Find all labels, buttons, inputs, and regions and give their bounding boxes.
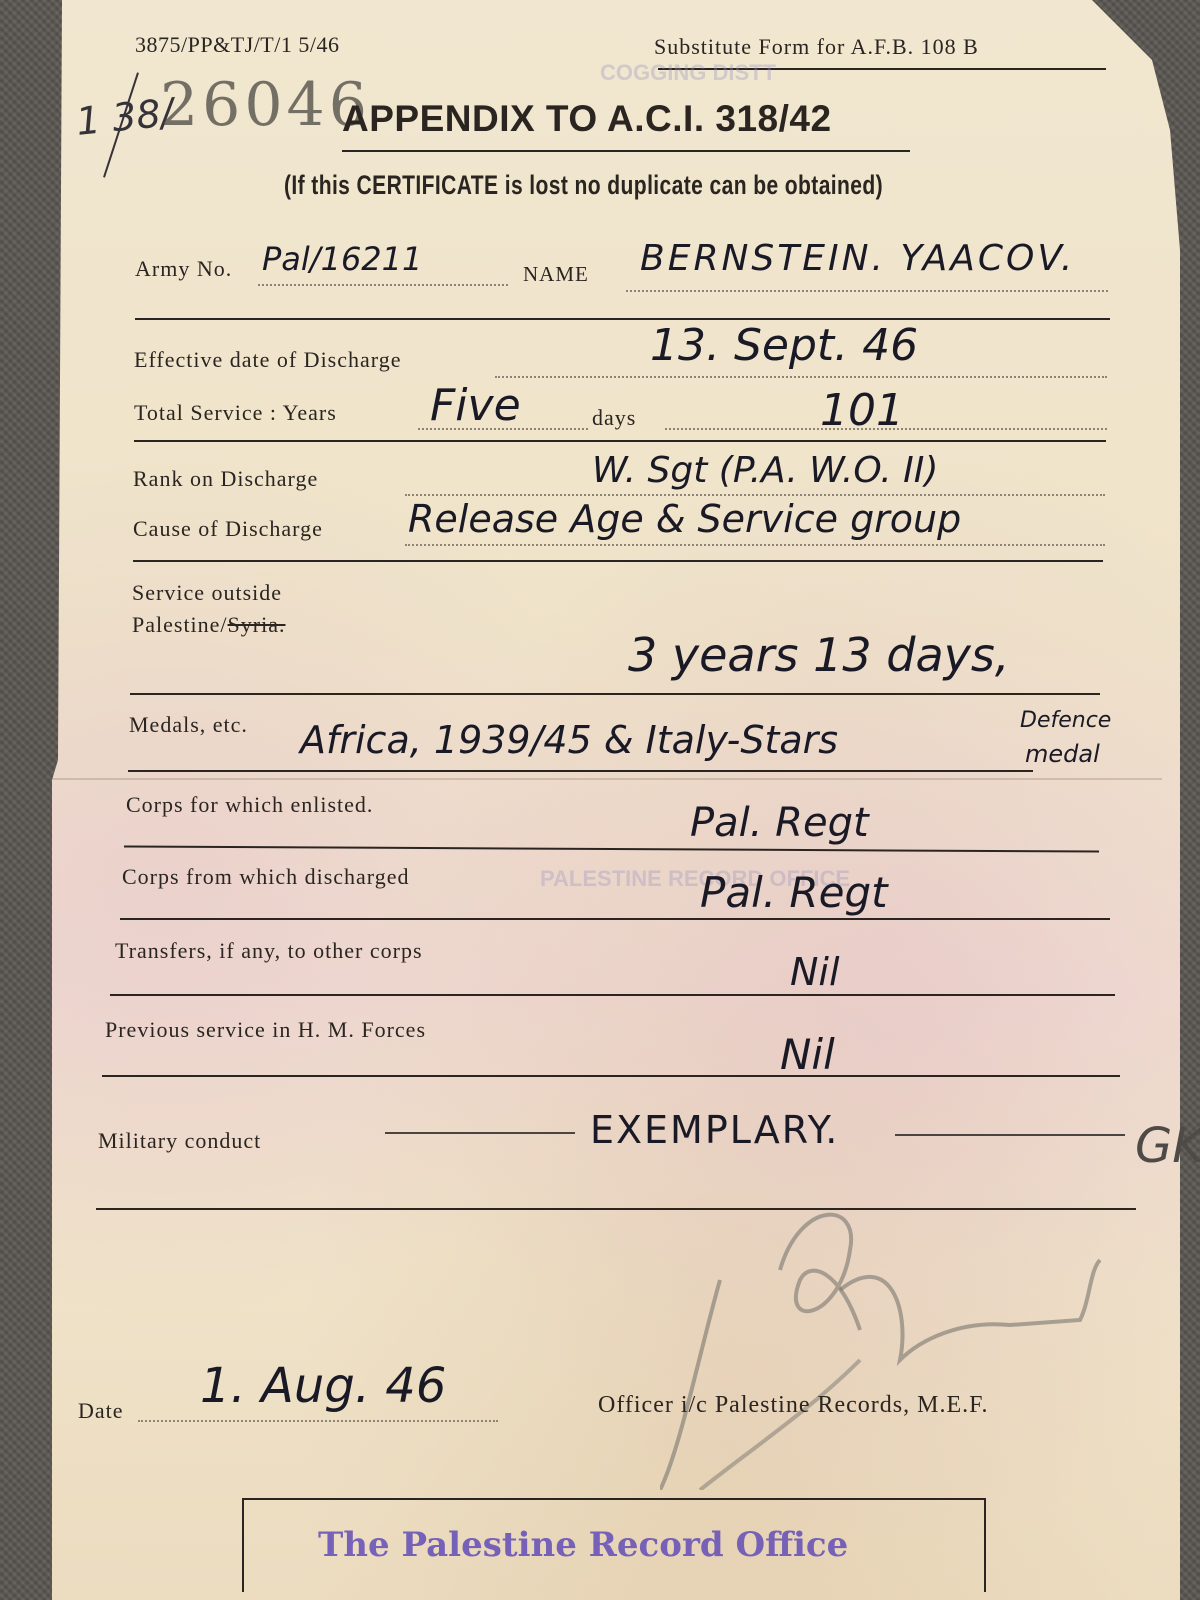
cause-value: Release Age & Service group: [408, 497, 961, 541]
title-underline: [342, 150, 910, 152]
corps-enlisted-label: Corps for which enlisted.: [126, 792, 373, 818]
military-conduct-value: EXEMPLARY.: [590, 1108, 839, 1152]
medals-label: Medals, etc.: [129, 712, 248, 738]
divider: [134, 440, 1106, 442]
document-title: APPENDIX TO A.C.I. 318/42: [342, 98, 832, 140]
medals-extra-line1: Defence: [1020, 708, 1111, 733]
service-outside-label-line2: Palestine/Syria.: [132, 612, 286, 638]
corps-discharged-label: Corps from which discharged: [122, 864, 410, 890]
paper-fold-crease: [52, 778, 1162, 780]
total-service-years-value: Five: [430, 380, 521, 431]
cause-label: Cause of Discharge: [133, 516, 323, 542]
rank-dotted-line: [405, 494, 1105, 496]
days-label: days: [592, 405, 636, 431]
service-outside-label-line1: Service outside: [132, 580, 282, 606]
divider: [120, 918, 1110, 920]
cause-dotted-line: [405, 544, 1105, 546]
name-value: BERNSTEIN. YAACOV.: [640, 238, 1075, 279]
rank-label: Rank on Discharge: [133, 466, 318, 492]
date-value: 1. Aug. 46: [200, 1358, 446, 1414]
corps-discharged-value: Pal. Regt: [700, 868, 888, 917]
record-office-stamp: The Palestine Record Office: [318, 1525, 848, 1565]
army-no-dotted-line: [258, 284, 508, 286]
conduct-dash-left: [385, 1132, 575, 1134]
military-conduct-label: Military conduct: [98, 1128, 261, 1154]
transfers-label: Transfers, if any, to other corps: [115, 938, 423, 964]
date-label: Date: [78, 1398, 124, 1424]
medals-extra-line2: medal: [1025, 740, 1100, 768]
conduct-dash-right: [895, 1134, 1125, 1136]
date-dotted-line: [138, 1420, 498, 1422]
effective-date-label: Effective date of Discharge: [134, 347, 401, 373]
serial-number: 26046: [160, 70, 371, 140]
name-dotted-line: [626, 290, 1108, 292]
rank-value: W. Sgt (P.A. W.O. II): [592, 450, 938, 491]
total-service-days-value: 101: [820, 385, 904, 436]
army-no-label: Army No.: [135, 256, 232, 282]
officer-signature: [660, 1190, 1120, 1490]
effective-date-value: 13. Sept. 46: [650, 320, 918, 371]
certificate-warning: (If this CERTIFICATE is lost no duplicat…: [284, 170, 883, 201]
service-outside-palestine: Palestine/: [132, 612, 228, 637]
corps-enlisted-value: Pal. Regt: [690, 800, 869, 846]
service-outside-value: 3 years 13 days,: [628, 628, 1009, 682]
previous-service-value: Nil: [780, 1030, 835, 1079]
name-label: NAME: [523, 262, 589, 287]
divider: [102, 1075, 1120, 1077]
divider: [130, 693, 1100, 695]
divider: [133, 560, 1103, 562]
service-outside-syria-struck: Syria.: [228, 612, 286, 637]
form-reference: 3875/PP&TJ/T/1 5/46: [135, 32, 339, 58]
faint-stamp-top: COGGING DISTT: [600, 60, 776, 86]
previous-service-label: Previous service in H. M. Forces: [105, 1017, 426, 1043]
officer-label: Officer i/c Palestine Records, M.E.F.: [598, 1392, 989, 1419]
army-no-value: Pal/16211: [262, 240, 422, 278]
medals-value: Africa, 1939/45 & Italy-Stars: [300, 718, 838, 762]
total-service-label: Total Service : Years: [134, 400, 337, 426]
divider: [128, 770, 1033, 772]
divider: [110, 994, 1115, 996]
conduct-initials: GK: [1135, 1118, 1200, 1174]
transfers-value: Nil: [790, 950, 840, 994]
substitute-form-note: Substitute Form for A.F.B. 108 B: [654, 34, 979, 60]
divider: [135, 318, 1110, 320]
effective-date-dotted-line: [495, 376, 1107, 378]
